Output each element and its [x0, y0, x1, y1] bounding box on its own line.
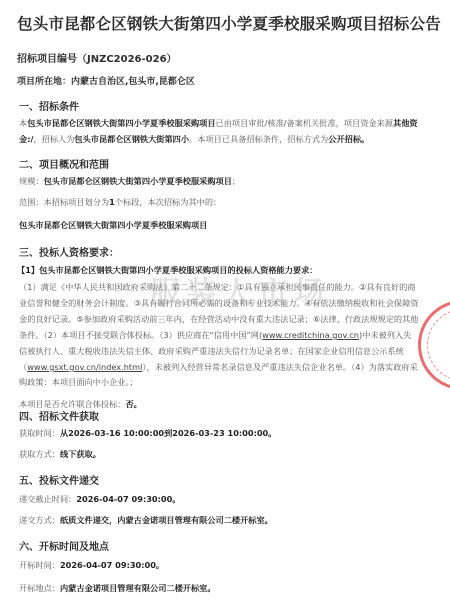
section-2-heading: 二、项目概况和范围	[19, 156, 109, 171]
qualification-line-3: 金的良好记录。⑤参加政府采购活动前三年内，在经营活动中没有重大违法记录；⑥法律、…	[19, 314, 419, 325]
submit-method-line: 递交方式：纸质文件递交，内蒙古金诺项目管理有限公司二楼开标室。	[19, 515, 273, 526]
creditchina-link[interactable]: www.creditchina.gov.cn	[262, 330, 359, 340]
qualification-line-2: 业信誉和健全的财务会计制度。③具有履行合同所必需的设备和专业技术能力。④有依法缴…	[19, 298, 419, 309]
qualification-line-5: 信被执行人、重大税收违法失信主体、政府采购严重违法失信行为记录名单；在国家企业信…	[19, 346, 404, 357]
lot-name: 包头市昆都仑区钢铁大街第四小学夏季校服采购项目	[19, 220, 207, 231]
acquire-time-line: 获取时间：从2026-03-16 10:00:00到2026-03-23 10:…	[19, 428, 276, 439]
section-1-line-1: 本包头市昆都仑区钢铁大街第四小学夏季校服采购项目已由项目审批/核准/备案机关批准…	[19, 118, 418, 129]
qualification-line-7: 购政策：本项目面向中小企业。；	[19, 377, 138, 388]
project-location: 项目所在地：内蒙古自治区,包头市,昆都仑区	[17, 74, 195, 87]
submit-deadline-line: 递交截止时间：2026-04-07 09:30:00。	[19, 494, 180, 505]
section-3-heading: 三、投标人资格要求：	[19, 244, 119, 259]
project-number-label: 招标项目编号（	[17, 54, 87, 65]
section-5-heading: 五、投标文件递交	[19, 472, 99, 487]
qualification-line-4: 条件。（2）本项目不接受联合体投标。（3）供应商在“信用中国”网(www.cre…	[19, 330, 411, 341]
opening-place-line: 开标地点：内蒙古金诺项目管理有限公司二楼开标室。	[19, 583, 216, 594]
qualification-line-1: （1）满足《中华人民共和国政府采购法》第二十二条规定：①具有独立承担民事责任的能…	[19, 282, 416, 293]
section-4-heading: 四、招标文件获取	[19, 408, 99, 423]
project-number-value: JNZC2026-026	[87, 54, 167, 65]
qualification-line-6: （www.gsxt.gov.cn/index.html），未被列入经营异常名录信…	[19, 362, 418, 373]
official-seal-stamp	[418, 300, 450, 390]
document-title: 包头市昆都仑区钢铁大街第四小学夏季校服采购项目招标公告	[17, 12, 441, 34]
project-number: 招标项目编号（JNZC2026-026）	[17, 50, 177, 65]
scale-line: 规模：包头市昆都仑区钢铁大街第四小学夏季校服采购项目；	[19, 176, 240, 187]
section-1-heading: 一、招标条件	[19, 98, 79, 113]
scope-line: 范围：本招标项目划分为1个标段，本次招标为其中的：	[19, 197, 221, 208]
opening-time-line: 开标时间：2026-04-07 09:30:00。	[19, 560, 164, 571]
gsxt-link[interactable]: www.gsxt.gov.cn/index.html	[27, 362, 142, 372]
section-1-line-2: 金:/，招标人为包头市昆都仑区钢铁大街第四小。本项目已具备招标条件，招标方式为公…	[19, 134, 369, 145]
acquire-method-line: 获取方式：线下获取。	[19, 449, 101, 460]
section-6-heading: 六、开标时间及地点	[19, 538, 109, 553]
qualification-subheading: 【1】包头市昆都仑区钢铁大街第四小学夏季校服采购项目的投标人资格能力要求：	[17, 265, 317, 276]
tender-announcement-document: 包头市昆都仑区钢铁大街第四小学夏季校服采购项目招标公告 招标项目编号（JNZC2…	[0, 0, 450, 600]
